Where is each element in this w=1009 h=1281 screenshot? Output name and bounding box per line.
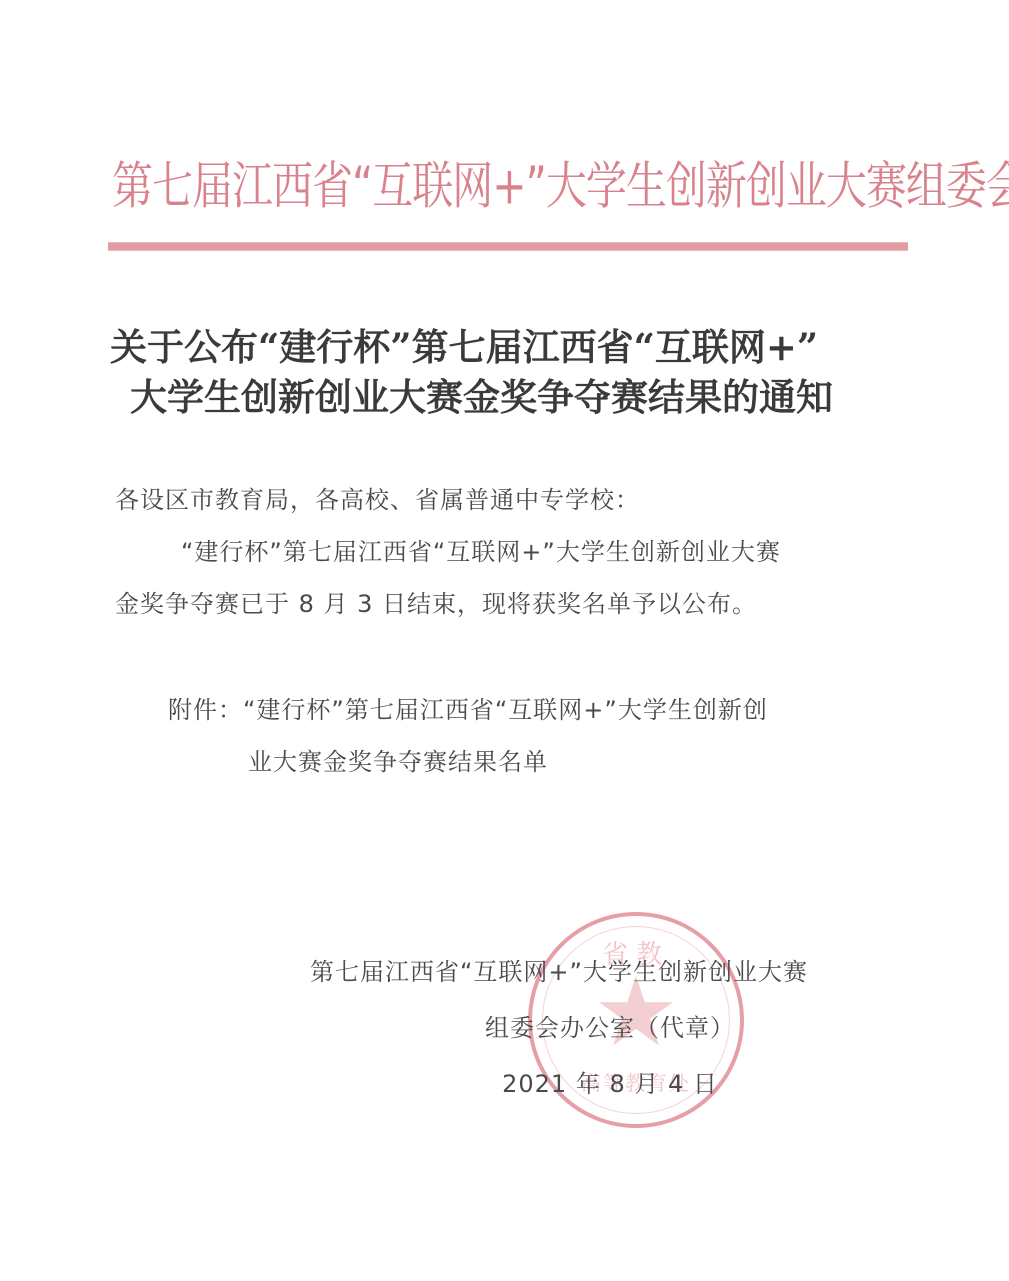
- document-page: 第七届江西省“互联网+”大学生创新创业大赛组委会办公室 关于公布“建行杯”第七届…: [0, 0, 1009, 1281]
- title-line-2: 大学生创新创业大赛金奖争夺赛结果的通知: [110, 372, 910, 422]
- signature-org-line-1: 第七届江西省“互联网+”大学生创新创业大赛: [300, 944, 920, 1000]
- attachment-line-2: 业大赛金奖争夺赛结果名单: [168, 736, 908, 788]
- body-paragraph-line-2: 金奖争夺赛已于 8 月 3 日结束，现将获奖名单予以公布。: [115, 578, 915, 630]
- letterhead-organization: 第七届江西省“互联网+”大学生创新创业大赛组委会办公室: [112, 142, 902, 230]
- letterhead-red-rule: [108, 242, 908, 251]
- signature-block: 第七届江西省“互联网+”大学生创新创业大赛 组委会办公室（代章） 2021 年 …: [300, 944, 920, 1112]
- document-body: 各设区市教育局，各高校、省属普通中专学校： “建行杯”第七届江西省“互联网+”大…: [115, 474, 915, 630]
- title-line-1: 关于公布“建行杯”第七届江西省“互联网+”: [110, 322, 910, 372]
- salutation: 各设区市教育局，各高校、省属普通中专学校：: [115, 474, 915, 526]
- document-title: 关于公布“建行杯”第七届江西省“互联网+” 大学生创新创业大赛金奖争夺赛结果的通…: [110, 322, 910, 422]
- signature-org-line-2: 组委会办公室（代章）: [300, 1000, 920, 1056]
- attachment-line-1: 附件：“建行杯”第七届江西省“互联网+”大学生创新创: [168, 684, 908, 736]
- signature-date: 2021 年 8 月 4 日: [300, 1056, 920, 1112]
- body-paragraph-line-1: “建行杯”第七届江西省“互联网+”大学生创新创业大赛: [115, 526, 915, 578]
- attachment-note: 附件：“建行杯”第七届江西省“互联网+”大学生创新创 业大赛金奖争夺赛结果名单: [168, 684, 908, 788]
